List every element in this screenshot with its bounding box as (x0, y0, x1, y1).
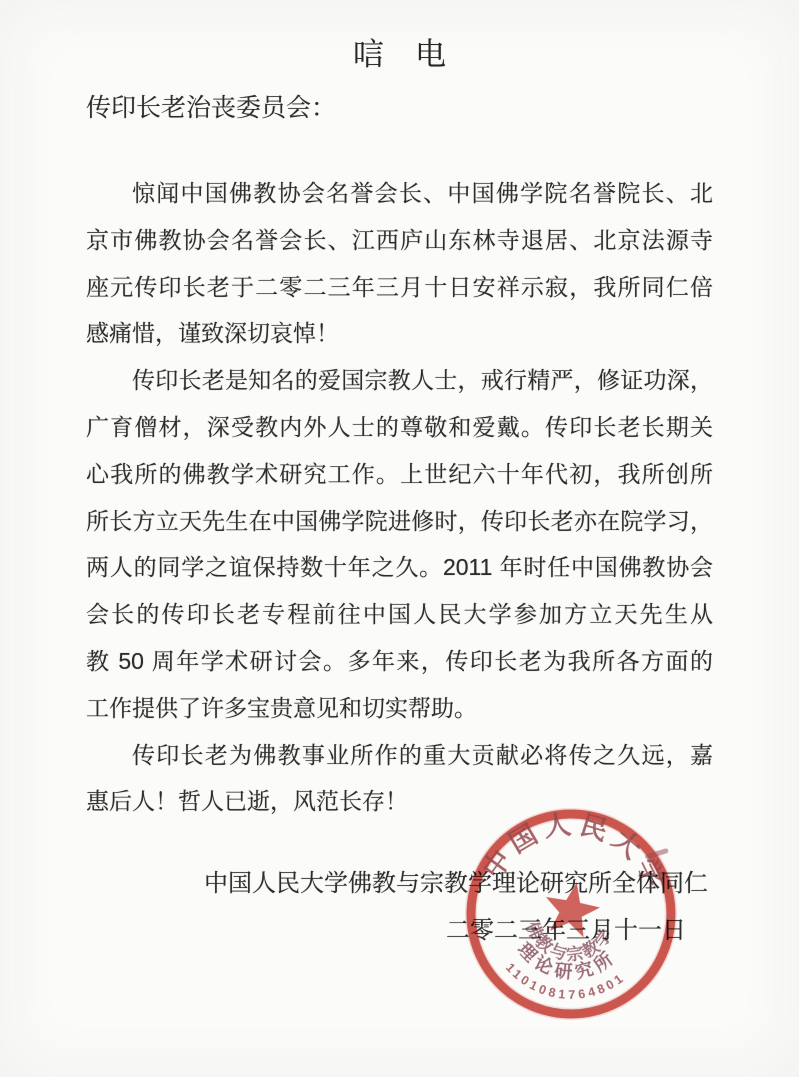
body-line: 传印长老是知名的爱国宗教人士，戒行精严，修证功深， (86, 357, 713, 404)
body-line: 座元传印长老于二零二三年三月十日安祥示寂，我所同仁倍 (86, 264, 713, 311)
body-line: 广育僧材，深受教内外人士的尊敬和爱戴。传印长老长期关 (86, 404, 713, 451)
body-line: 教 50 周年学术研讨会。多年来，传印长老为我所各方面的 (86, 638, 713, 685)
body-line: 感痛惜，谨致深切哀悼！ (86, 310, 713, 357)
body-line: 工作提供了许多宝贵意见和切实帮助。 (86, 685, 713, 732)
body-line: 所长方立天先生在中国佛学院进修时，传印长老亦在院学习， (86, 498, 713, 545)
page: { "document": { "title": "唁 电", "salutat… (0, 0, 799, 1077)
body-line: 传印长老为佛教事业所作的重大贡献必将传之久远，嘉 (86, 732, 713, 779)
seal-star-icon (540, 877, 604, 939)
official-seal: 中国人民大学 佛教与宗教学 理论研究所 1101081764801 (452, 795, 690, 1033)
body-line: 两人的同学之谊保持数十年之久。2011 年时任中国佛教协会 (86, 544, 713, 591)
paragraph: 传印长老是知名的爱国宗教人士，戒行精严，修证功深，广育僧材，深受教内外人士的尊敬… (86, 357, 713, 731)
body-paragraphs: 惊闻中国佛教协会名誉会长、中国佛学院名誉院长、北京市佛教协会名誉会长、江西庐山东… (86, 170, 713, 825)
document-title: 唁 电 (0, 0, 799, 76)
body-line: 会长的传印长老专程前往中国人民大学参加方立天先生从 (86, 591, 713, 638)
body-line: 京市佛教协会名誉会长、江西庐山东林寺退居、北京法源寺 (86, 217, 713, 264)
body-line: 惊闻中国佛教协会名誉会长、中国佛学院名誉院长、北 (86, 170, 713, 217)
body-line: 心我所的佛教学术研究工作。上世纪六十年代初，我所创所 (86, 451, 713, 498)
paragraph: 惊闻中国佛教协会名誉会长、中国佛学院名誉院长、北京市佛教协会名誉会长、江西庐山东… (86, 170, 713, 357)
salutation: 传印长老治丧委员会： (86, 92, 799, 124)
